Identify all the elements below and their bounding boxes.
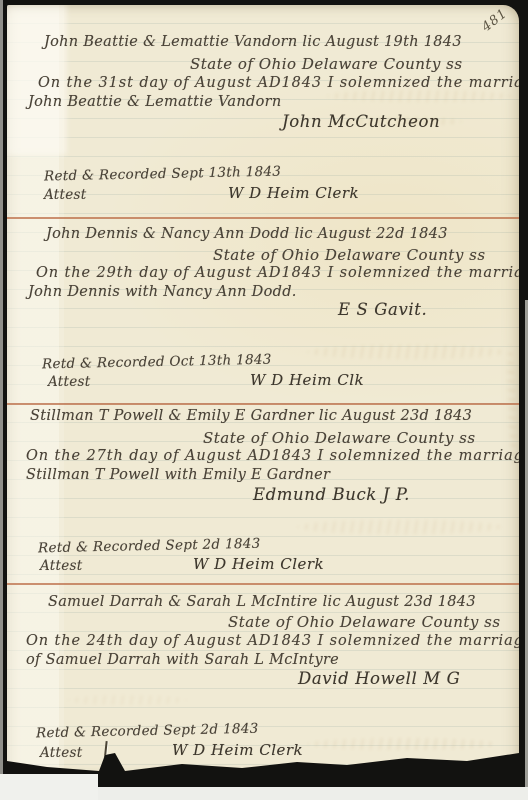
entry-header-line: John Beattie & Lemattie Vandorn lic Augu… bbox=[44, 34, 462, 50]
certificate-line-1: On the 24th day of August AD1843 I solem… bbox=[26, 633, 528, 649]
separator-rule bbox=[7, 403, 519, 405]
entry-header-line: Samuel Darrah & Sarah L McIntire lic Aug… bbox=[48, 594, 476, 610]
bleed-through-smudge bbox=[297, 520, 502, 534]
state-county-line: State of Ohio Delaware County ss bbox=[228, 613, 501, 631]
certificate-line-2: John Beattie & Lemattie Vandorn bbox=[28, 94, 282, 110]
recorded-line: Retd & Recorded Sept 13th 1843 bbox=[44, 164, 282, 185]
bleed-through-smudge bbox=[67, 695, 187, 705]
officiant-signature: David Howell M G bbox=[298, 669, 460, 688]
officiant-signature: E S Gavit. bbox=[338, 300, 427, 319]
state-county-line: State of Ohio Delaware County ss bbox=[213, 246, 486, 264]
state-county-line: State of Ohio Delaware County ss bbox=[190, 55, 463, 73]
clerk-signature: W D Heim Clk bbox=[250, 371, 364, 389]
scanner-edge-bottom-left bbox=[0, 774, 98, 800]
entry-header-line: John Dennis & Nancy Ann Dodd lic August … bbox=[46, 226, 448, 242]
clerk-signature: W D Heim Clerk bbox=[172, 741, 303, 759]
bleed-through-smudge bbox=[342, 117, 462, 126]
clerk-signature: W D Heim Clerk bbox=[228, 184, 359, 202]
separator-rule bbox=[7, 583, 519, 585]
separator-rule bbox=[7, 217, 519, 219]
certificate-line-1: On the 29th day of August AD1843 I solem… bbox=[36, 265, 528, 281]
recorded-line: Retd & Recorded Sept 2d 1843 bbox=[38, 536, 261, 557]
bleed-through-smudge bbox=[327, 90, 512, 102]
paper-tear bbox=[102, 741, 107, 773]
officiant-signature: Edmund Buck J P. bbox=[253, 485, 410, 504]
certificate-line-2: John Dennis with Nancy Ann Dodd. bbox=[28, 284, 297, 300]
bleed-through-smudge bbox=[307, 738, 497, 750]
certificate-line-2: Stillman T Powell with Emily E Gardner bbox=[26, 467, 330, 483]
certificate-line-1: On the 27th day of August AD1843 I solem… bbox=[26, 448, 528, 464]
ledger-page: 481 John Beattie & Lemattie Vandorn lic … bbox=[7, 5, 519, 771]
attest-label: Attest bbox=[48, 374, 91, 390]
scanner-edge-left bbox=[0, 0, 3, 800]
page-number: 481 bbox=[479, 6, 510, 35]
bleed-through-smudge bbox=[307, 345, 507, 359]
clerk-signature: W D Heim Clerk bbox=[193, 555, 324, 573]
attest-label: Attest bbox=[40, 745, 83, 761]
recorded-line: Retd & Recorded Oct 13th 1843 bbox=[42, 352, 272, 373]
certificate-line-1: On the 31st day of August AD1843 I solem… bbox=[38, 75, 528, 91]
entry-header-line: Stillman T Powell & Emily E Gardner lic … bbox=[30, 408, 472, 424]
certificate-line-2: of Samuel Darrah with Sarah L McIntyre bbox=[26, 652, 339, 668]
ledger-scan: 481 John Beattie & Lemattie Vandorn lic … bbox=[0, 0, 528, 800]
attest-label: Attest bbox=[40, 558, 83, 574]
state-county-line: State of Ohio Delaware County ss bbox=[203, 429, 476, 447]
recorded-line: Retd & Recorded Sept 2d 1843 bbox=[36, 721, 259, 742]
attest-label: Attest bbox=[44, 187, 87, 203]
